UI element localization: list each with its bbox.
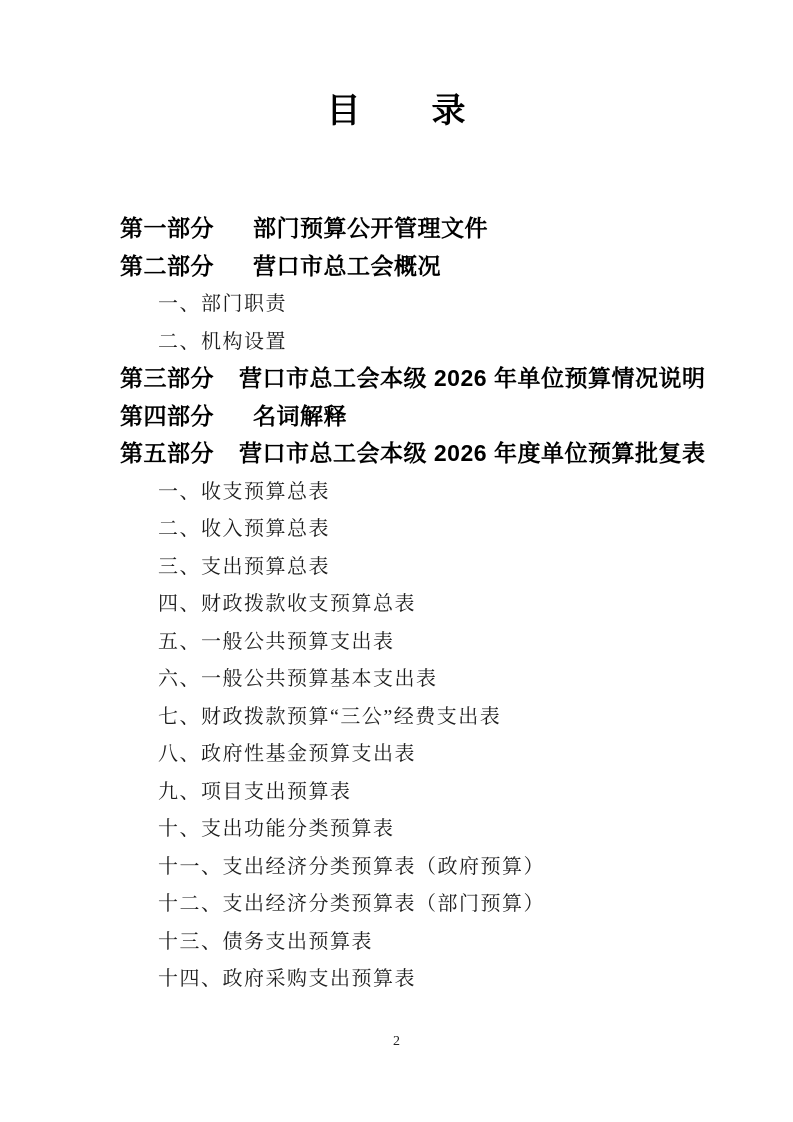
toc-item-text: 一、部门职责	[158, 287, 287, 316]
toc-part-label: 第一部分	[120, 210, 214, 243]
toc-item-text: 三、支出预算总表	[158, 550, 330, 579]
toc-item-text: 十、支出功能分类预算表	[158, 812, 395, 841]
toc-sub-entry: 七、财政拨款预算“三公”经费支出表	[120, 696, 793, 734]
toc-item-text: 二、收入预算总表	[158, 512, 330, 541]
toc-item-text: 八、政府性基金预算支出表	[158, 737, 416, 766]
toc-part-entry: 第四部分名词解释	[120, 396, 793, 434]
toc-item-text: 十二、支出经济分类预算表（部门预算）	[158, 887, 545, 916]
toc-part-label: 第四部分	[120, 398, 214, 431]
toc-item-text: 四、财政拨款收支预算总表	[158, 587, 416, 616]
toc-sub-entry: 十三、债务支出预算表	[120, 921, 793, 959]
toc-part-entry: 第五部分营口市总工会本级 2026 年度单位预算批复表	[120, 433, 793, 471]
toc-item-text: 五、一般公共预算支出表	[158, 625, 395, 654]
toc-sub-entry: 三、支出预算总表	[120, 546, 793, 584]
toc-list: 第一部分部门预算公开管理文件第二部分营口市总工会概况一、部门职责二、机构设置第三…	[120, 208, 793, 996]
toc-sub-entry: 二、收入预算总表	[120, 508, 793, 546]
toc-item-text: 一、收支预算总表	[158, 475, 330, 504]
toc-part-title: 部门预算公开管理文件	[253, 210, 488, 243]
toc-sub-entry: 五、一般公共预算支出表	[120, 621, 793, 659]
toc-item-text: 二、机构设置	[158, 325, 287, 354]
toc-part-title: 营口市总工会本级 2026 年单位预算情况说明	[239, 360, 705, 393]
toc-sub-entry: 二、机构设置	[120, 321, 793, 359]
toc-part-title: 营口市总工会本级 2026 年度单位预算批复表	[239, 435, 705, 468]
toc-sub-entry: 六、一般公共预算基本支出表	[120, 658, 793, 696]
toc-sub-entry: 一、收支预算总表	[120, 471, 793, 509]
toc-item-text: 七、财政拨款预算“三公”经费支出表	[158, 700, 501, 729]
toc-item-text: 十三、债务支出预算表	[158, 925, 373, 954]
toc-part-label: 第五部分	[120, 435, 214, 468]
toc-sub-entry: 十、支出功能分类预算表	[120, 808, 793, 846]
toc-part-entry: 第二部分营口市总工会概况	[120, 246, 793, 284]
toc-sub-entry: 四、财政拨款收支预算总表	[120, 583, 793, 621]
toc-sub-entry: 十四、政府采购支出预算表	[120, 958, 793, 996]
document-page: 目 录 第一部分部门预算公开管理文件第二部分营口市总工会概况一、部门职责二、机构…	[0, 0, 793, 1122]
toc-sub-entry: 一、部门职责	[120, 283, 793, 321]
toc-item-text: 九、项目支出预算表	[158, 775, 352, 804]
toc-part-entry: 第三部分营口市总工会本级 2026 年单位预算情况说明	[120, 358, 793, 396]
toc-item-text: 十四、政府采购支出预算表	[158, 962, 416, 991]
toc-part-label: 第三部分	[120, 360, 214, 393]
toc-part-title: 营口市总工会概况	[253, 248, 441, 281]
toc-part-label: 第二部分	[120, 248, 214, 281]
toc-sub-entry: 八、政府性基金预算支出表	[120, 733, 793, 771]
toc-part-title: 名词解释	[253, 398, 347, 431]
toc-sub-entry: 十一、支出经济分类预算表（政府预算）	[120, 846, 793, 884]
page-number: 2	[0, 1034, 793, 1050]
toc-item-text: 六、一般公共预算基本支出表	[158, 662, 438, 691]
toc-sub-entry: 九、项目支出预算表	[120, 771, 793, 809]
page-title: 目 录	[0, 0, 793, 134]
toc-part-entry: 第一部分部门预算公开管理文件	[120, 208, 793, 246]
toc-item-text: 十一、支出经济分类预算表（政府预算）	[158, 850, 545, 879]
toc-sub-entry: 十二、支出经济分类预算表（部门预算）	[120, 883, 793, 921]
